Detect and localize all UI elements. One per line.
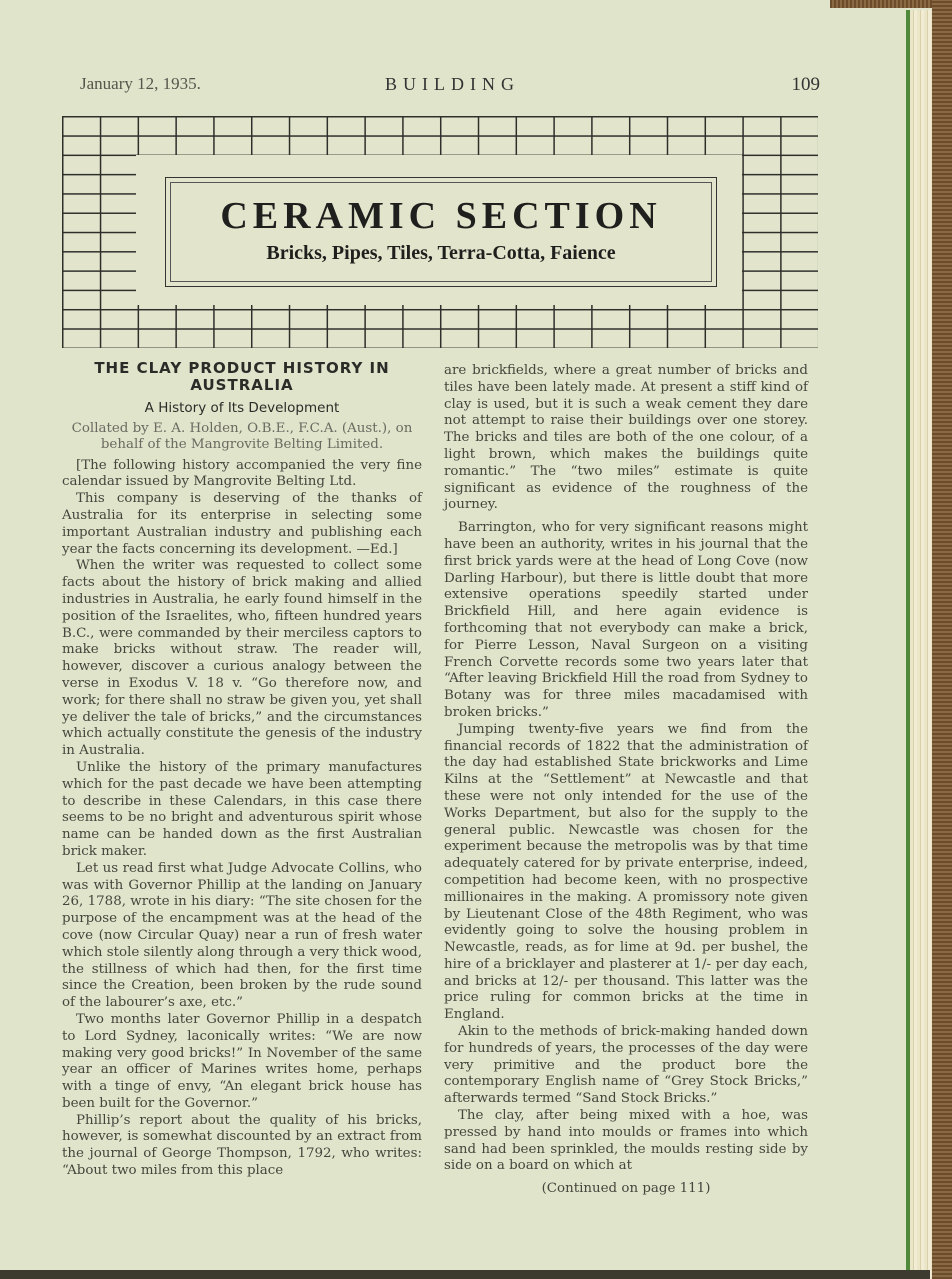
continuation-note: (Continued on page 111) <box>444 1181 808 1198</box>
paragraph: This company is deserving of the thanks … <box>62 491 422 558</box>
issue-date: January 12, 1935. <box>80 74 201 94</box>
paragraph: [The following history accompanied the v… <box>62 458 422 492</box>
paragraph: Phillip’s report about the quality of hi… <box>62 1113 422 1180</box>
article-column-right: are brickfields, where a great number of… <box>444 363 808 1198</box>
article-byline: Collated by E. A. Holden, O.B.E., F.C.A.… <box>62 421 422 454</box>
paragraph: are brickfields, where a great number of… <box>444 363 808 514</box>
paragraph: When the writer was requested to collect… <box>62 558 422 760</box>
paragraph: Two months later Governor Phillip in a d… <box>62 1012 422 1113</box>
book-binding <box>932 0 952 1279</box>
paragraph: The clay, after being mixed with a hoe, … <box>444 1108 808 1175</box>
paragraph: Barrington, who for very significant rea… <box>444 520 808 722</box>
article-subtitle: A History of Its Development <box>62 400 422 417</box>
paragraph: Let us read first what Judge Advocate Co… <box>62 861 422 1012</box>
section-subtitle: Bricks, Pipes, Tiles, Terra-Cotta, Faien… <box>166 242 716 265</box>
article-column-left: THE CLAY PRODUCT HISTORY IN AUSTRALIA A … <box>62 360 422 1180</box>
publication-title: BUILDING <box>385 74 520 95</box>
paragraph: Jumping twenty-five years we find from t… <box>444 722 808 1024</box>
paragraph: Akin to the methods of brick-making hand… <box>444 1024 808 1108</box>
magazine-page: January 12, 1935. BUILDING 109 CERAMIC S… <box>0 0 908 1272</box>
running-head: January 12, 1935. BUILDING 109 <box>80 74 820 98</box>
article-title: THE CLAY PRODUCT HISTORY IN AUSTRALIA <box>62 360 422 394</box>
section-banner: CERAMIC SECTION Bricks, Pipes, Tiles, Te… <box>165 177 717 287</box>
page-edges <box>910 10 934 1279</box>
page-number: 109 <box>792 74 821 96</box>
paragraph: Unlike the history of the primary manufa… <box>62 760 422 861</box>
section-title: CERAMIC SECTION <box>166 194 716 238</box>
page-bottom-edge <box>0 1270 930 1279</box>
